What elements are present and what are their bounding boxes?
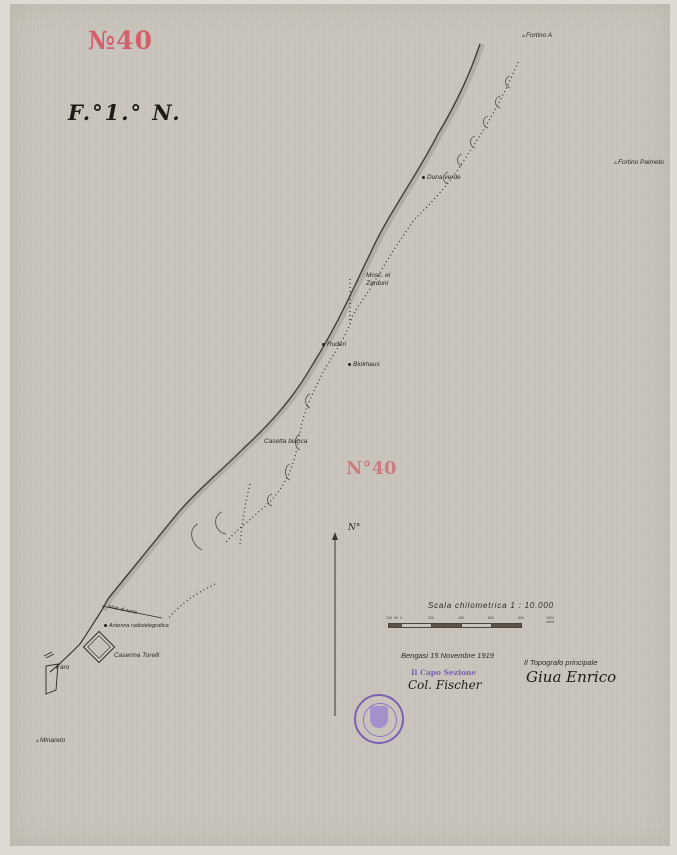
place-casetta-bianca: Casetta bianca bbox=[264, 438, 307, 445]
coastline-drawing: N°40 bbox=[10, 4, 670, 846]
section-chief-title: Il Capo Sezione bbox=[411, 668, 476, 677]
triangle-icon: ▵ bbox=[36, 738, 39, 744]
north-label: N° bbox=[348, 523, 360, 533]
triangle-icon: ▵ bbox=[522, 33, 525, 39]
point-icon bbox=[348, 363, 351, 366]
scale-title: Scala chilometrica 1 : 10.000 bbox=[428, 601, 554, 610]
map-sheet: №40 F.°1.° N. N°40 bbox=[10, 4, 670, 846]
crest-icon bbox=[370, 706, 388, 728]
place-ruderi: Ruderi bbox=[322, 341, 346, 348]
place-duna-verde: Duna verde bbox=[422, 174, 461, 181]
topographer-title: Il Topografo principale bbox=[524, 658, 598, 667]
scale-ticks: 100 50 0 200 400 600 800 1000 metri bbox=[388, 616, 538, 622]
scale-bar bbox=[388, 623, 533, 627]
svg-text:N°40: N°40 bbox=[346, 458, 397, 479]
point-icon bbox=[104, 624, 107, 627]
place-minareto: ▵Minareto bbox=[36, 737, 65, 744]
place-faro: Faro bbox=[56, 664, 69, 671]
place-antenna-radiotelegrafica: Antenna radiotelegrafica bbox=[104, 623, 169, 629]
institute-seal bbox=[354, 694, 404, 744]
triangle-icon: ▵ bbox=[614, 160, 617, 166]
place-fortino-a: ▵Fortino A bbox=[522, 32, 552, 39]
topographer-signature: Giua Enrico bbox=[526, 668, 616, 686]
place-fortino-palmeto: ▵Fortino Palmeto bbox=[614, 159, 664, 166]
place-mosc-el-zarduni: Mosc. el Zarduni bbox=[366, 272, 406, 288]
section-chief-signature: Col. Fischer bbox=[408, 678, 481, 692]
place-date: Bengasi 15 Novembre 1919 bbox=[401, 651, 494, 660]
place-caserma-torelli: Caserma Torelli bbox=[114, 652, 159, 659]
point-icon bbox=[422, 176, 425, 179]
place-blokhaus: Blokhaus bbox=[348, 361, 380, 368]
point-icon bbox=[322, 343, 325, 346]
